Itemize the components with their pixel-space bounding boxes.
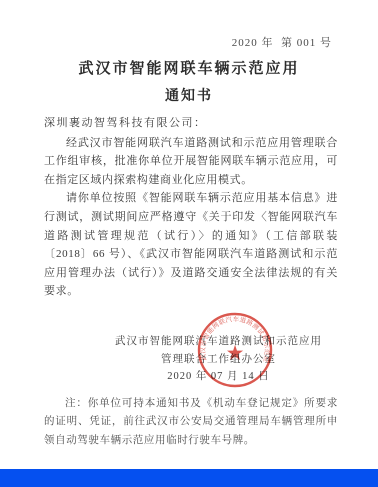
footnote-text: 注：你单位可持本通知书及《机动车登记规定》所要求的证明、凭证，前往武汉市公安局交… — [44, 395, 338, 450]
seal-star-icon: ★ — [226, 341, 245, 365]
bottom-blue-bar — [0, 469, 378, 487]
notice-document-page: 2020 年 第 001 号 武汉市智能网联车辆示范应用 通知书 深圳裹动智驾科… — [0, 0, 378, 487]
official-red-seal-stamp: 武汉市智能网联汽车道路测试和示范应用管理联合工作组 ★ — [195, 310, 275, 390]
body-paragraph-1: 经武汉市智能网联汽车道路测试和示范应用管理联合工作组审核，批准你单位开展智能网联… — [44, 134, 338, 190]
addressee-line: 深圳裹动智驾科技有限公司： — [44, 114, 338, 133]
document-title: 武汉市智能网联车辆示范应用 — [0, 57, 378, 78]
document-number: 2020 年 第 001 号 — [232, 34, 332, 50]
document-body: 深圳裹动智驾科技有限公司： 经武汉市智能网联汽车道路测试和示范应用管理联合工作组… — [44, 114, 338, 301]
document-subtitle: 通知书 — [0, 85, 378, 105]
body-paragraph-2: 请你单位按照《智能网联车辆示范应用基本信息》进行测试，测试期间应严格遵守《关于印… — [44, 189, 338, 301]
